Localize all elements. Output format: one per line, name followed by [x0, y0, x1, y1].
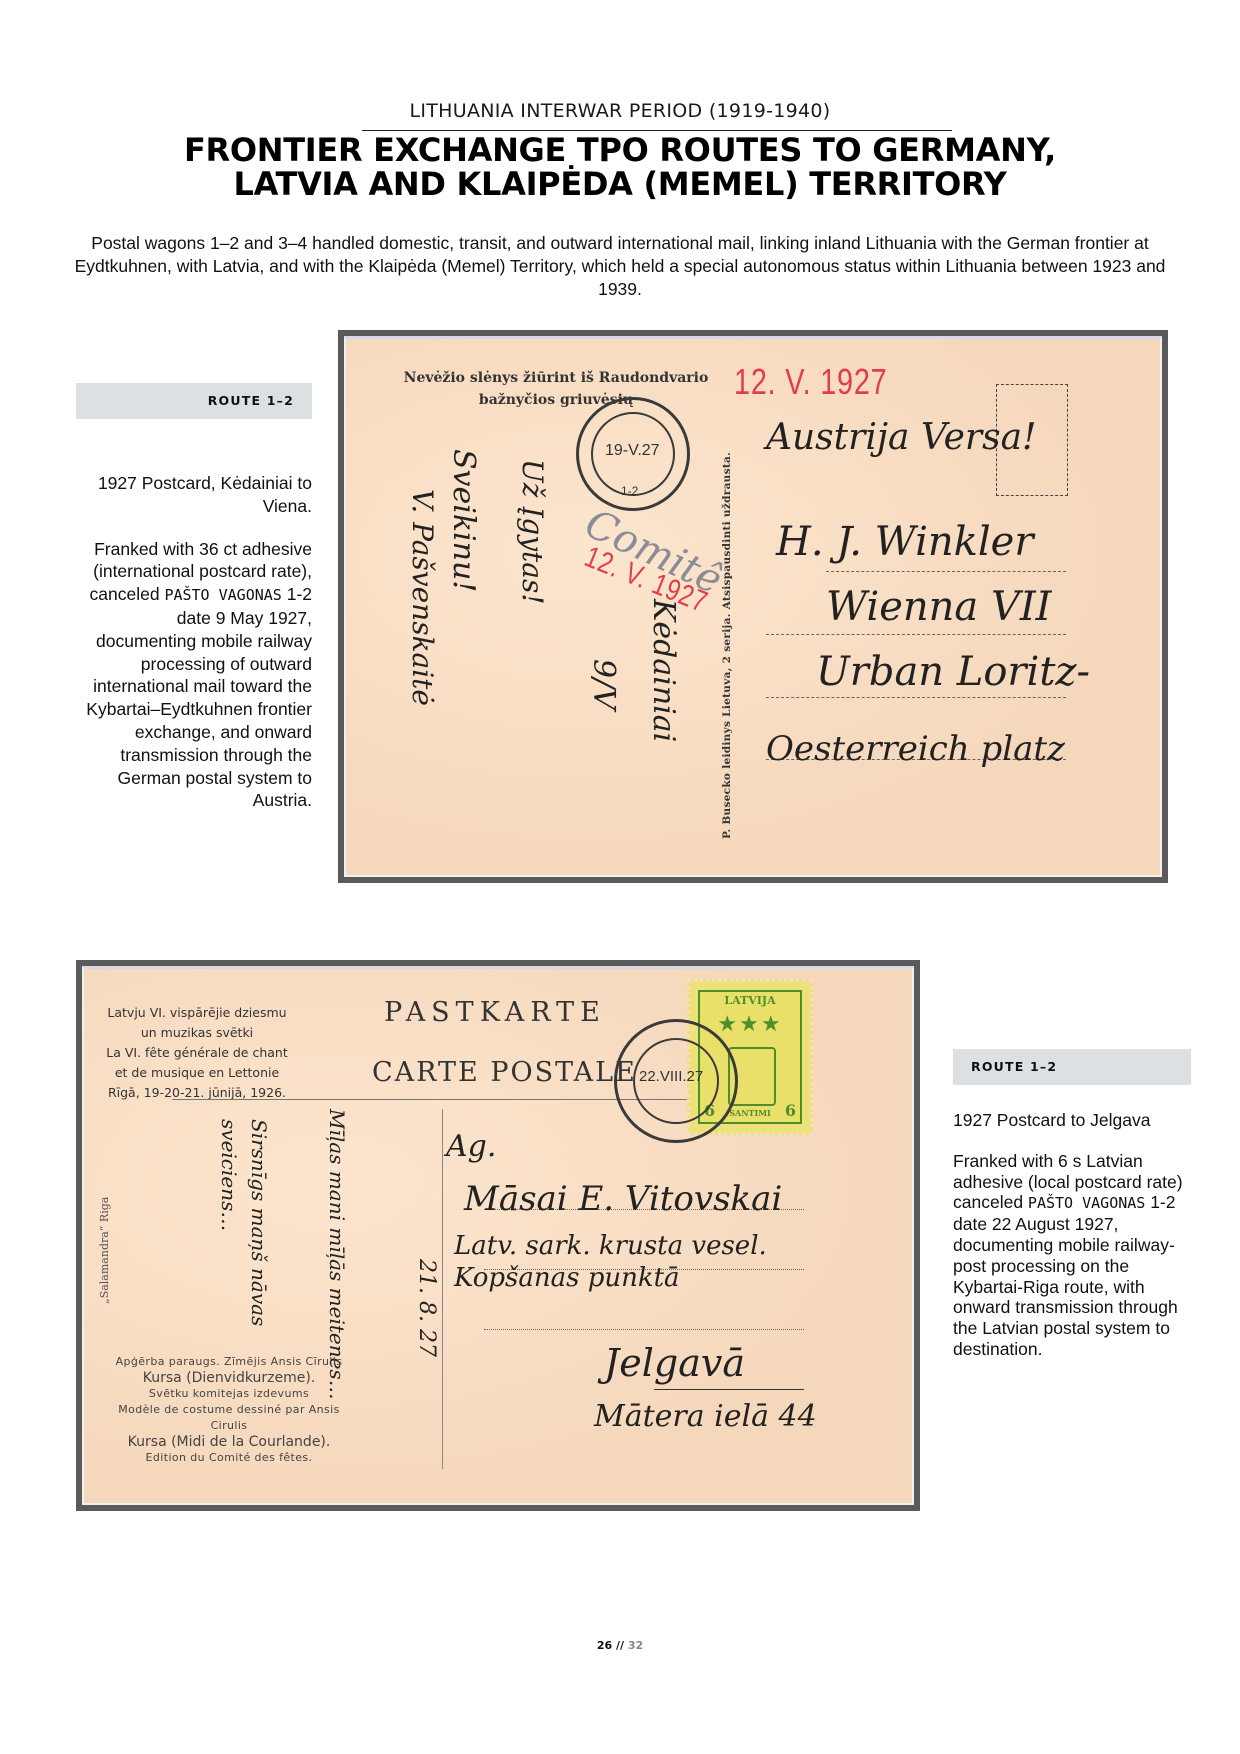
- stars-icon: ★★★: [710, 1012, 790, 1037]
- printed-caption-line: bažnyčios griuvėsių: [386, 389, 726, 411]
- printed-footer-line: Apģērba paraugs. Zīmējis Ansis Cīrulis: [104, 1354, 354, 1370]
- route-tag-label: ROUTE 1–2: [208, 393, 312, 408]
- postmark-date: 19-V.27: [605, 442, 660, 460]
- handwritten-address-line: H. J. Winkler: [776, 519, 1033, 565]
- carte-postale-heading: CARTE POSTALE: [372, 1057, 637, 1088]
- printed-header-line: Latvju VI. vispārējie dziesmu: [102, 1003, 292, 1023]
- handwritten-message-line: V. Pašvenskaitė: [406, 489, 439, 706]
- printed-footer: Apģērba paraugs. Zīmējis Ansis Cīrulis K…: [104, 1354, 354, 1466]
- route-tag-label: ROUTE 1–2: [953, 1059, 1057, 1074]
- postmark-icon: 22.VIII.27: [614, 1019, 738, 1143]
- printed-header: Latvju VI. vispārējie dziesmu un muzikas…: [102, 1003, 292, 1103]
- printed-footer-line: Kursa (Dienvidkurzeme).: [104, 1370, 354, 1386]
- postmark-date: 22.VIII.27: [639, 1068, 703, 1085]
- vertical-publisher-print: P. Busecko leidinys Lietuva, 2 serija. A…: [721, 389, 739, 839]
- postcard-frame-2: Latvju VI. vispārējie dziesmu un muzikas…: [76, 960, 920, 1511]
- printed-footer-line: Modèle de costume dessiné par Ansis Ciru…: [104, 1402, 354, 1434]
- pastkarte-heading: PASTKARTE: [384, 997, 606, 1028]
- item-description-2: 1927 Postcard to Jelgava Franked with 6 …: [953, 1110, 1193, 1380]
- handwritten-address-line: Māsai E. Vitovskai: [464, 1179, 782, 1219]
- address-line: [826, 571, 1066, 572]
- item-description-1: 1927 Postcard, Kėdainiai to Viena. Frank…: [80, 472, 312, 832]
- address-line: [766, 697, 1066, 698]
- handwritten-place-line: Kėdainiai: [646, 599, 681, 742]
- handwritten-address-line: Urban Loritz-: [816, 649, 1090, 695]
- handwritten-address-line: Ag.: [446, 1129, 496, 1164]
- handwritten-address-line: Wiennа VII: [826, 584, 1051, 630]
- printed-footer-line: Kursa (Midi de la Courlande).: [104, 1434, 354, 1450]
- printed-header-line: un muzikas svētki: [102, 1023, 292, 1043]
- item-caption: 1927 Postcard to Jelgava: [953, 1110, 1193, 1131]
- red-date-stamp: 12. V. 1927: [734, 361, 887, 403]
- postmark-icon: 19-V.27 1-2: [576, 397, 690, 511]
- item-details: Franked with 6 s Latvian adhesive (local…: [953, 1151, 1193, 1360]
- stamp-country: LATVIJA: [700, 994, 800, 1007]
- printed-caption-line: Nevėžio slėnys žiūrint iš Raudondvario: [386, 367, 726, 389]
- page-title-line-1: FRONTIER EXCHANGE TPO ROUTES TO GERMANY,: [0, 133, 1240, 167]
- page-number: 26 // 32: [0, 1639, 1240, 1652]
- route-tag-1: ROUTE 1–2: [76, 383, 312, 419]
- postcard-frame-1: Nevėžio slėnys žiūrint iš Raudondvario b…: [338, 330, 1168, 883]
- kicker: LITHUANIA INTERWAR PERIOD (1919-1940): [0, 100, 1240, 122]
- handwritten-message-line: Sveikinu!: [446, 449, 481, 592]
- handwritten-address-line: Latv. sark. krusta vesel.: [454, 1231, 767, 1261]
- page-title-line-2: LATVIA AND KLAIPĖDA (MEMEL) TERRITORY: [0, 167, 1240, 201]
- handwritten-date-line: 9/V: [586, 659, 621, 710]
- page-current: 26: [597, 1639, 612, 1652]
- details-text: 1-2 date 9 May 1927, documenting mobile …: [86, 584, 312, 810]
- printed-header-line: Rīgā, 19-20-21. jūnijā, 1926.: [102, 1083, 292, 1103]
- handwritten-date-note: 21. 8. 27: [414, 1259, 439, 1357]
- postmark-bottom: 1-2: [621, 484, 638, 498]
- cancel-text: PAŠTO VAGONAS: [1028, 1194, 1145, 1212]
- address-line: [484, 1329, 804, 1330]
- handwritten-address-line: Oesterreich platz: [766, 729, 1065, 769]
- postcard-image-1[interactable]: Nevėžio slėnys žiūrint iš Raudondvario b…: [344, 336, 1162, 877]
- item-caption: 1927 Postcard, Kėdainiai to Viena.: [80, 472, 312, 518]
- route-tag-2: ROUTE 1–2: [953, 1049, 1191, 1085]
- postcard-image-2[interactable]: Latvju VI. vispārējie dziesmu un muzikas…: [82, 966, 914, 1505]
- card-vertical-divider: [442, 1109, 443, 1469]
- address-line: [766, 634, 1066, 635]
- stamp-value: 6: [785, 1101, 796, 1120]
- page-separator: //: [612, 1639, 628, 1652]
- page-title: FRONTIER EXCHANGE TPO ROUTES TO GERMANY,…: [0, 133, 1240, 201]
- printed-header-line: La VI. fête générale de chant: [102, 1043, 292, 1063]
- handwritten-address-line: Austrija Versa!: [766, 417, 1037, 458]
- printed-footer-line: Edition du Comité des fêtes.: [104, 1450, 354, 1466]
- item-details: Franked with 36 ct adhesive (internation…: [80, 538, 312, 813]
- page-total: 32: [628, 1639, 643, 1652]
- address-underline: [654, 1389, 804, 1390]
- intro-paragraph: Postal wagons 1–2 and 3–4 handled domest…: [70, 232, 1170, 301]
- handwritten-address-line: Mātera ielā 44: [594, 1399, 817, 1434]
- publisher-imprint: „Salamandra“ Riga: [98, 1144, 114, 1304]
- printed-header-line: et de musique en Lettonie: [102, 1063, 292, 1083]
- handwritten-address-line: Kopšanas punktā: [454, 1263, 680, 1293]
- printed-caption: Nevėžio slėnys žiūrint iš Raudondvario b…: [386, 367, 726, 411]
- handwritten-address-line: Jelgavā: [604, 1341, 745, 1385]
- details-text: 1-2 date 22 August 1927, documenting mob…: [953, 1192, 1178, 1359]
- cancel-text: PAŠTO VAGONAS: [164, 586, 281, 604]
- printed-footer-line: Svētku komitejas izdevums: [104, 1386, 354, 1402]
- handwritten-message-line: Už Įgytas!: [516, 459, 549, 605]
